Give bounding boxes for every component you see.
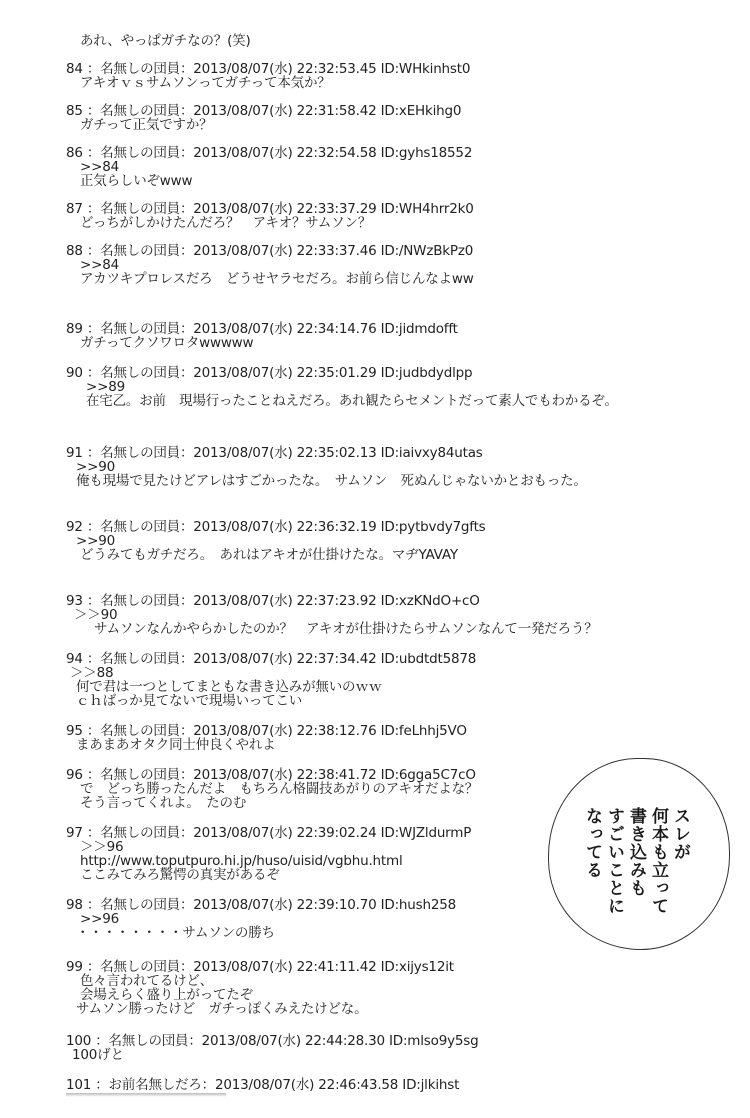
post-header: 84 ：名無しの団員：2013/08/07(水) 22:32:53.45 ID:… (66, 62, 470, 76)
post-header: 90 ：名無しの団員：2013/08/07(水) 22:35:01.29 ID:… (66, 366, 472, 380)
post-header: 91 ：名無しの団員：2013/08/07(水) 22:35:02.13 ID:… (66, 446, 483, 460)
post-reply-ref[interactable]: ＞＞90 (74, 608, 117, 622)
post-reply-ref[interactable]: >>90 (76, 460, 115, 474)
post-body: 何で君は一つとしてまともな書き込みが無いのｗｗ (76, 680, 382, 694)
bubble-text-col-5: なってる (581, 807, 602, 879)
post-body: 100げと (72, 1048, 124, 1062)
post-body: ここみてみろ驚愕の真実があるぞ (80, 868, 280, 882)
post-reply-ref[interactable]: >>89 (86, 380, 125, 394)
post-body: どうみてもガチだろ。 あれはアキオが仕掛けたな。マヂYAVAY (80, 548, 458, 562)
post-header: 101 ：お前名無しだろ：2013/08/07(水) 22:46:43.58 I… (66, 1078, 459, 1092)
bubble-text-col-4: すごいことに (603, 807, 624, 915)
post-reply-ref[interactable]: >>90 (76, 534, 115, 548)
post-body: 色々言われてるけど、 (80, 974, 213, 988)
post-header: 87 ：名無しの団員：2013/08/07(水) 22:33:37.29 ID:… (66, 202, 474, 216)
post-body: 俺も現場で見たけどアレはすごかったな。 サムソン 死ぬんじゃないかとおもった。 (76, 474, 587, 488)
post-body: ガチってクソワロタwwwww (80, 336, 253, 350)
post-reply-ref[interactable]: ＞＞88 (70, 666, 113, 680)
post-header: 89 ：名無しの団員：2013/08/07(水) 22:34:14.76 ID:… (66, 322, 458, 336)
post-body: まあまあオタク同士仲良くやれよ (76, 738, 276, 752)
bubble-text-col-3: 書き込みも (625, 807, 646, 897)
intro-text: あれ、やっぱガチなの？(笑) (80, 34, 251, 48)
post-header: 94 ：名無しの団員：2013/08/07(水) 22:37:34.42 ID:… (66, 652, 476, 666)
post-header: 92 ：名無しの団員：2013/08/07(水) 22:36:32.19 ID:… (66, 520, 486, 534)
post-body: ｃｈばっか見てないで現場いってこい (76, 694, 302, 708)
post-body: で どっち勝ったんだよ もちろん格闘技あがりのアキオだよな？ (80, 782, 478, 796)
post-body: アカツキプロレスだろ どうせヤラセだろ。お前ら信じんなよww (80, 272, 474, 286)
post-body: サムソン勝ったけど ガチっぽくみえたけどな。 (76, 1002, 367, 1016)
post-link[interactable]: http://www.toputpuro.hi.jp/huso/uisid/vg… (80, 854, 403, 868)
speech-bubble: スレが 何本も立って 書き込みも すごいことに なってる (548, 758, 730, 950)
manga-page: あれ、やっぱガチなの？(笑) 84 ：名無しの団員：2013/08/07(水) … (0, 0, 750, 1118)
post-body: そう言ってくれよ。 たのむ (80, 796, 246, 810)
post-header: 100 ：名無しの団員：2013/08/07(水) 22:44:28.30 ID… (66, 1034, 478, 1048)
post-header: 97 ：名無しの団員：2013/08/07(水) 22:39:02.24 ID:… (66, 826, 471, 840)
post-reply-ref[interactable]: >>84 (80, 160, 119, 174)
post-body: 在宅乙。お前 現場行ったことねえだろ。あれ観たらセメントだって素人でもわかるぞ。 (86, 394, 618, 408)
post-header: 86 ：名無しの団員：2013/08/07(水) 22:32:54.58 ID:… (66, 146, 472, 160)
post-header: 85 ：名無しの団員：2013/08/07(水) 22:31:58.42 ID:… (66, 104, 461, 118)
post-reply-ref[interactable]: >>96 (80, 912, 119, 926)
post-body: ガチって正気ですか？ (80, 118, 212, 132)
bubble-text-col-2: 何本も立って (647, 807, 668, 915)
bubble-text-col-1: スレが (669, 807, 690, 861)
cut-off-text (66, 1093, 226, 1097)
post-reply-ref[interactable]: ＞＞96 (80, 840, 123, 854)
post-header: 96 ：名無しの団員：2013/08/07(水) 22:38:41.72 ID:… (66, 768, 476, 782)
post-body: ・・・・・・・・サムソンの勝ち (76, 926, 275, 940)
post-body: 会場えらく盛り上がってたぞ (80, 988, 253, 1002)
post-header: 88 ：名無しの団員：2013/08/07(水) 22:33:37.46 ID:… (66, 244, 473, 258)
post-reply-ref[interactable]: >>84 (80, 258, 119, 272)
post-body: 正気らしいぞwww (80, 174, 192, 188)
post-body: サムソンなんかやらかしたのか？ アキオが仕掛けたらサムソンなんて一発だろう？ (94, 622, 598, 636)
post-header: 95 ：名無しの団員：2013/08/07(水) 22:38:12.76 ID:… (66, 724, 467, 738)
post-header: 99 ：名無しの団員：2013/08/07(水) 22:41:11.42 ID:… (66, 960, 454, 974)
post-header: 93 ：名無しの団員：2013/08/07(水) 22:37:23.92 ID:… (66, 594, 480, 608)
post-header: 98 ：名無しの団員：2013/08/07(水) 22:39:10.70 ID:… (66, 898, 456, 912)
post-body: どっちがしかけたんだろ？ アキオ？サムソン？ (80, 216, 371, 230)
post-body: アキオｖｓサムソンってガチって本気か？ (80, 76, 331, 90)
